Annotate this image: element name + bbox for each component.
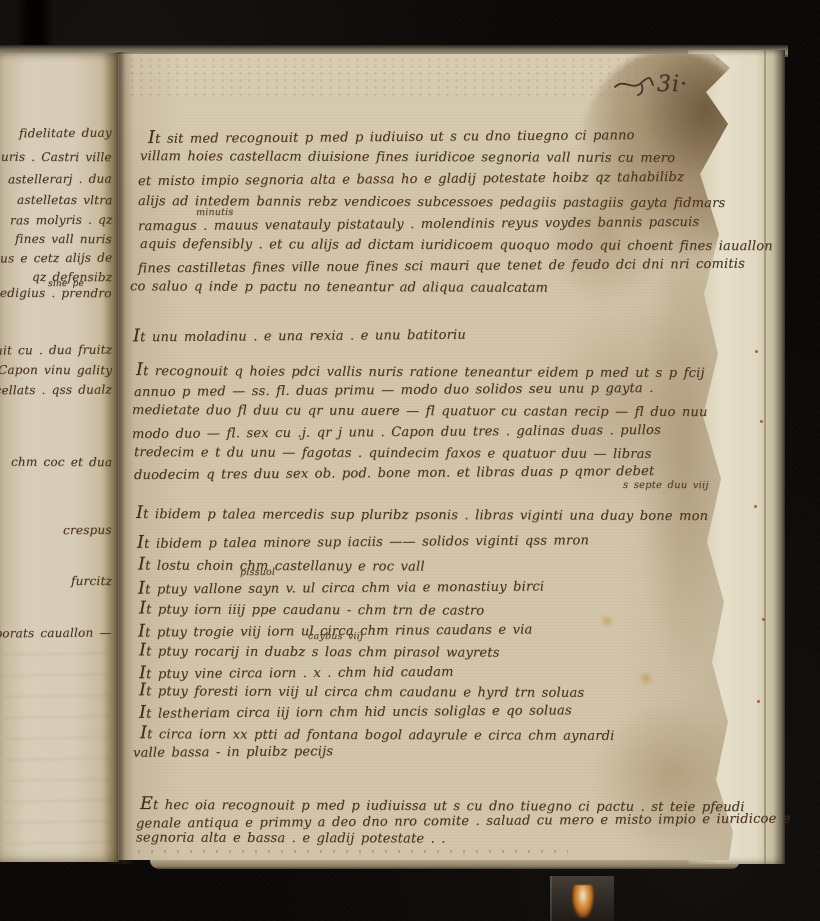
manuscript-line: It recognouit q hoies pdci vallis nuris … — [136, 360, 705, 382]
facing-page-text-fragment: nuris . Castri ville — [0, 150, 112, 164]
manuscript-line: co saluo q inde p pactu no teneantur ad … — [130, 279, 548, 295]
facing-page-text-fragment: fidelitate duay — [19, 126, 112, 141]
manuscript-line: tredecim e t du unu — fagotas . quindeci… — [134, 445, 652, 462]
manuscript-line: valle bassa - in pluibz pecijs — [133, 744, 333, 761]
facing-page-text-fragment: astellerarj . dua — [8, 172, 112, 187]
manuscript-line: et misto impio segnoria alta e bassa ho … — [138, 170, 684, 189]
manuscript-line: It lostu choin chm castellanuy e roc val… — [138, 554, 425, 575]
facing-page-text-fragment: astelletas vltra — [16, 193, 112, 207]
manuscript-line: It lestheriam circa iij iorn chm hid unc… — [139, 699, 572, 722]
manuscript-line: duodecim q tres duu sex ob. pod. bone mo… — [134, 464, 654, 483]
manuscript-line: It ibidem p talea minore sup iaciis —— s… — [137, 529, 589, 553]
manuscript-line: modo duo — fl. sex cu .j. qr j unu . Cap… — [132, 423, 661, 442]
manuscript-line: It ptuy iorn iiij ppe caudanu - chm trn … — [139, 598, 484, 619]
manuscript-line: It ibidem p talea mercedis sup pluribz p… — [136, 503, 708, 525]
manuscript-line: It circa iorn xx ptti ad fontana bogol a… — [140, 723, 615, 745]
manuscript-line: fines castilletas fines ville noue fines… — [138, 257, 745, 277]
manuscript-line: It unu moladinu . e una rexia . e unu ba… — [133, 324, 466, 347]
facing-page-text-fragment: uit cu . dua fruitz — [0, 343, 112, 358]
interlinear-note: pissuol — [240, 567, 275, 578]
manuscript-line: It sit med recognouit p med p iudiuiso u… — [148, 124, 635, 148]
manuscript-line: It ptuy rocarij in duabz s loas chm pira… — [139, 640, 500, 661]
manuscript-line: villam hoies castellacm diuisione fines … — [140, 149, 675, 166]
manuscript-line: It ptuy foresti iorn viij ul circa chm c… — [139, 680, 584, 702]
manuscript-line: segnoria alta e bassa . e gladij potesta… — [136, 830, 446, 846]
facing-page-text-fragment: ecarcellats . qss dualz — [0, 382, 112, 397]
manuscript-line: It ptuy vallone sayn v. ul circa chm via… — [138, 575, 544, 598]
interlinear-note: caybus viij — [308, 631, 363, 642]
facing-page-text-fragment: us e cetz alijs de — [0, 251, 112, 266]
facing-page-text-fragment: p edigius . prendro — [0, 286, 112, 300]
facing-page-text-fragment: crespus — [63, 523, 112, 537]
interlinear-note: minutis — [196, 207, 234, 218]
facing-page-text-fragment: chm coc et dua — [11, 455, 112, 469]
text-layer: It sit med recognouit p med p iudiuiso u… — [0, 0, 820, 921]
interlinear-note: s septe duu viij — [623, 480, 709, 491]
manuscript-line: aquis defensibly . et cu alijs ad dictam… — [140, 237, 773, 254]
facing-page-text-fragment: ras molyris . qz — [9, 213, 112, 228]
facing-page-text-fragment: sporats cauallon — — [0, 626, 112, 641]
facing-page-text-fragment: . Capon vinu gality — [0, 363, 112, 377]
manuscript-line: genale antiqua e primmy a deo dno nro co… — [136, 811, 791, 831]
manuscript-photo: 3i· It sit med recognouit p med p iudiui… — [0, 0, 820, 921]
facing-page-text-fragment: fines vall nuris — [15, 232, 112, 246]
manuscript-line: medietate duo fl duu cu qr unu auere — f… — [132, 403, 708, 420]
facing-page-text-fragment: furcitz — [71, 574, 112, 588]
manuscript-line: annuo p med — ss. fl. duas primu — modo … — [134, 381, 654, 400]
